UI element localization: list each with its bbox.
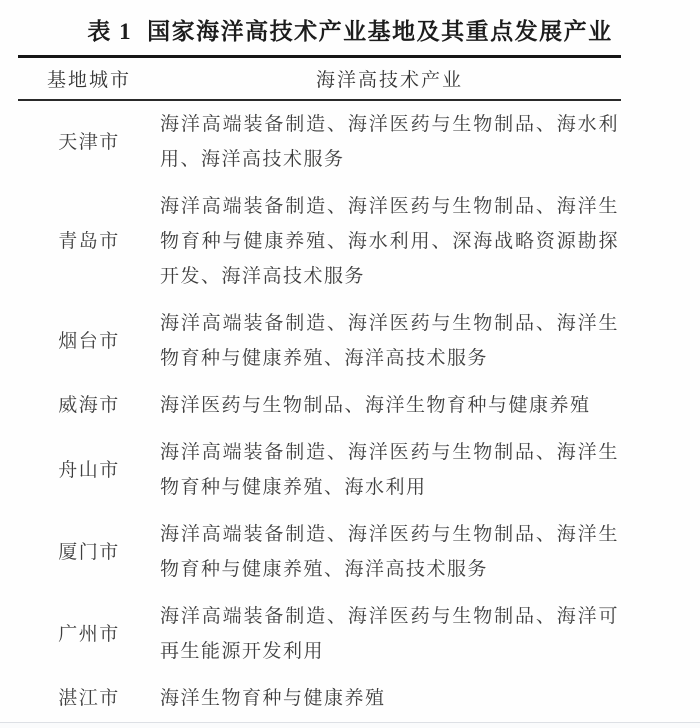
base-city-cell: 湛江市	[18, 681, 160, 716]
table-row: 湛江市 海洋生物育种与健康养殖	[18, 675, 621, 722]
table-number-label: 表 1	[87, 19, 132, 44]
table-row: 舟山市 海洋高端装备制造、海洋医药与生物制品、海洋生物育种与健康养殖、海水利用	[18, 429, 621, 511]
industries-cell: 海洋高端装备制造、海洋医药与生物制品、海洋生物育种与健康养殖、海洋高技术服务	[160, 306, 621, 376]
industries-cell: 海洋生物育种与健康养殖	[160, 681, 621, 716]
base-city-cell: 威海市	[18, 388, 160, 423]
table-title: 表 1国家海洋高技术产业基地及其重点发展产业	[0, 0, 700, 52]
column-header-industry: 海洋高技术产业	[160, 65, 621, 92]
base-city-cell: 烟台市	[18, 324, 160, 359]
table-title-text: 国家海洋高技术产业基地及其重点发展产业	[147, 19, 613, 44]
table-row: 威海市 海洋医药与生物制品、海洋生物育种与健康养殖	[18, 382, 621, 429]
table-row: 广州市 海洋高端装备制造、海洋医药与生物制品、海洋可再生能源开发利用	[18, 593, 621, 675]
document-page: 表 1国家海洋高技术产业基地及其重点发展产业 基地城市 海洋高技术产业 天津市 …	[0, 0, 700, 728]
industry-table: 基地城市 海洋高技术产业 天津市 海洋高端装备制造、海洋医药与生物制品、海水利用…	[18, 55, 621, 725]
base-city-cell: 青岛市	[18, 224, 160, 259]
industries-cell: 海洋医药与生物制品、海洋生物育种与健康养殖	[160, 388, 621, 423]
base-city-cell: 天津市	[18, 125, 160, 160]
base-city-cell: 广州市	[18, 617, 160, 652]
table-row: 天津市 海洋高端装备制造、海洋医药与生物制品、海水利用、海洋高技术服务	[18, 101, 621, 183]
industries-cell: 海洋高端装备制造、海洋医药与生物制品、海洋生物育种与健康养殖、海洋高技术服务	[160, 517, 621, 587]
column-header-base-city: 基地城市	[18, 65, 160, 92]
industries-cell: 海洋高端装备制造、海洋医药与生物制品、海水利用、海洋高技术服务	[160, 107, 621, 177]
base-city-cell: 厦门市	[18, 535, 160, 570]
industries-cell: 海洋高端装备制造、海洋医药与生物制品、海洋生物育种与健康养殖、海水利用、深海战略…	[160, 189, 621, 294]
table-row: 厦门市 海洋高端装备制造、海洋医药与生物制品、海洋生物育种与健康养殖、海洋高技术…	[18, 511, 621, 593]
table-header-row: 基地城市 海洋高技术产业	[18, 58, 621, 99]
industries-cell: 海洋高端装备制造、海洋医药与生物制品、海洋可再生能源开发利用	[160, 599, 621, 669]
industries-cell: 海洋高端装备制造、海洋医药与生物制品、海洋生物育种与健康养殖、海水利用	[160, 435, 621, 505]
table-row: 青岛市 海洋高端装备制造、海洋医药与生物制品、海洋生物育种与健康养殖、海水利用、…	[18, 183, 621, 300]
image-bottom-edge	[0, 722, 700, 728]
table-row: 烟台市 海洋高端装备制造、海洋医药与生物制品、海洋生物育种与健康养殖、海洋高技术…	[18, 300, 621, 382]
base-city-cell: 舟山市	[18, 453, 160, 488]
